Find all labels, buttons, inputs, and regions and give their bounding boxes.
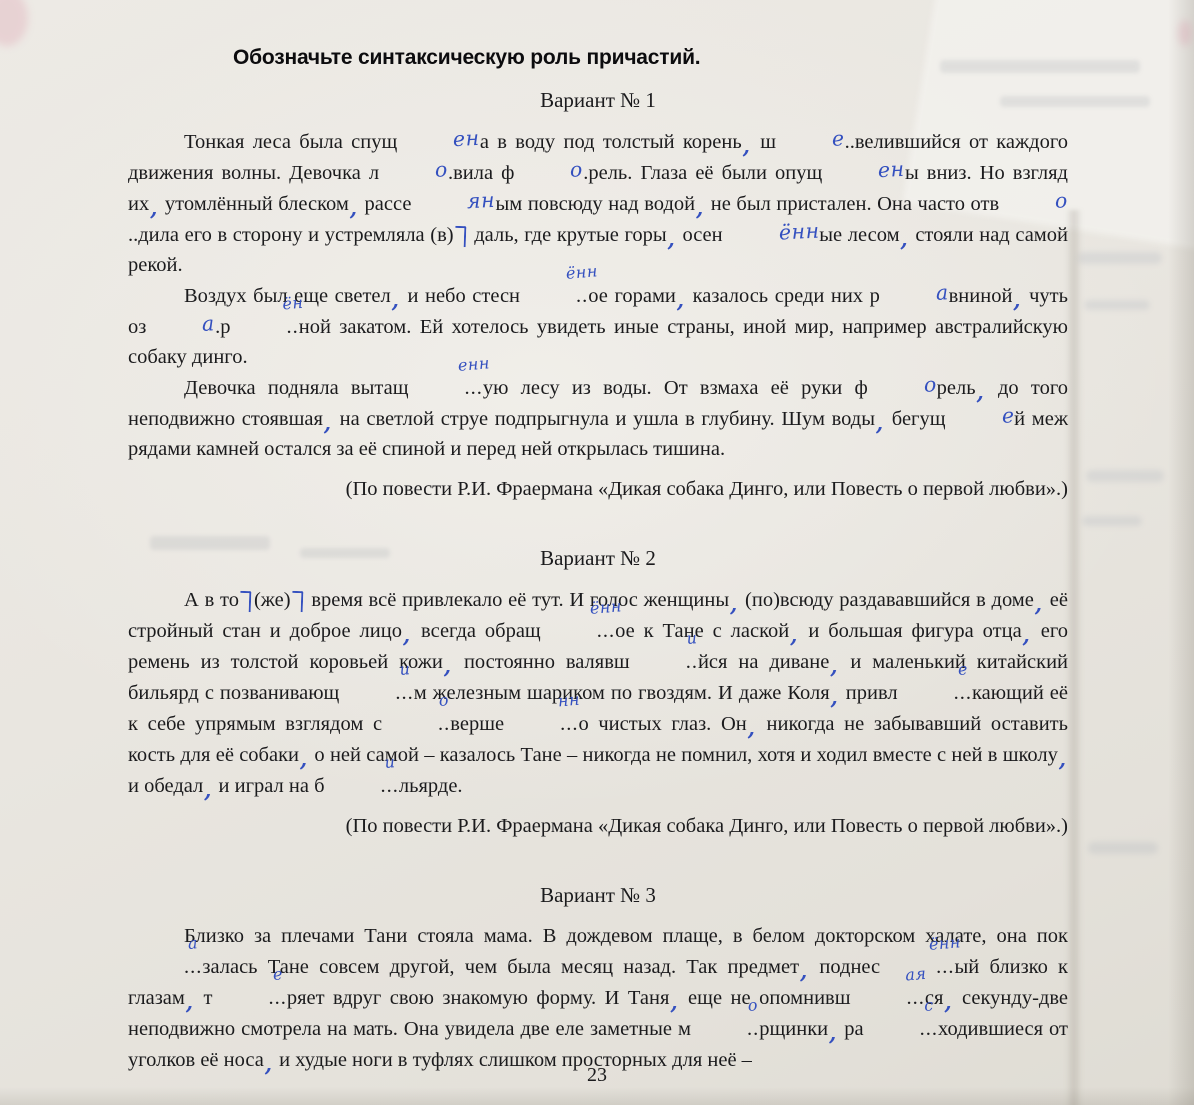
printed-text: даль, где крутые горы — [469, 224, 667, 246]
fill-in-gap: ...нн — [504, 709, 578, 739]
printed-gap-dots: .. — [576, 285, 588, 307]
printed-text: рщинки — [759, 1018, 828, 1040]
handwritten-insertion: а — [879, 277, 949, 311]
printed-gap-dots: ... — [920, 1018, 938, 1040]
fill-in-gap: ...а — [128, 952, 202, 982]
printed-gap-dots: .. — [686, 651, 698, 673]
printed-text: время всё привлекало её тут. И голос жен… — [306, 589, 730, 611]
exercise-paragraph: А в то(же) время всё привлекало её тут. … — [128, 584, 1068, 801]
variant-title: Вариант № 3 — [128, 883, 1068, 908]
printed-text: а в воду под толстый корень — [480, 131, 742, 153]
printed-text: бегущ — [885, 408, 945, 430]
handwritten-comma: , — [901, 227, 908, 251]
handwritten-comma: , — [350, 196, 357, 220]
handwritten-comma: , — [876, 411, 883, 435]
printed-text: рель — [937, 377, 976, 399]
printed-gap-dots: ... — [268, 987, 286, 1009]
handwritten-join-mark — [240, 591, 252, 612]
printed-text: осен — [677, 224, 723, 246]
handwritten-comma: , — [670, 990, 677, 1014]
bleed-through-writing — [1088, 842, 1158, 854]
handwritten-comma: , — [324, 411, 331, 435]
handwritten-insertion: е — [775, 123, 845, 157]
handwritten-comma: , — [829, 1021, 836, 1045]
handwritten-comma: , — [300, 747, 307, 771]
printed-text: залась Тане совсем другой, чем была меся… — [202, 956, 799, 978]
printed-text: на светлой струе подпрыгнула и ушла в гл… — [333, 408, 875, 430]
printed-gap-dots: ... — [954, 682, 972, 704]
printed-text: казалось среди них р — [686, 285, 880, 307]
printed-gap-dots: .. — [747, 1018, 759, 1040]
handwritten-join-mark — [454, 226, 466, 247]
variant-section-3: Вариант № 3Близко за плечами Тани стояла… — [128, 883, 1068, 1075]
task-instruction: Обозначьте синтаксическую роль причастий… — [233, 46, 700, 70]
fill-in-gap: ...с — [864, 1014, 938, 1044]
printed-gap-dots: .. — [286, 316, 298, 338]
page-number: 23 — [0, 1064, 1194, 1087]
source-attribution: (По повести Р.И. Фраермана «Дикая собака… — [128, 474, 1068, 504]
fill-in-gap: ..о — [382, 709, 450, 739]
printed-text: т — [195, 987, 212, 1009]
bleed-through-writing — [1082, 516, 1142, 526]
printed-text: ряет вдруг свою знакомую форму. И Таня — [287, 987, 670, 1009]
printed-text: Тонкая леса была спущ — [184, 131, 397, 153]
printed-text: .р — [215, 316, 230, 338]
variant-title: Вариант № 1 — [128, 88, 1068, 113]
handwritten-comma: , — [977, 380, 984, 404]
handwritten-comma: , — [150, 196, 157, 220]
printed-text: ое горами — [588, 285, 676, 307]
handwritten-comma: , — [1035, 592, 1042, 616]
printed-gap-dots: ... — [464, 377, 482, 399]
printed-text: льярде. — [399, 775, 463, 797]
printed-text: о чистых глаз. Он — [578, 713, 746, 735]
variant-title: Вариант № 2 — [128, 546, 1068, 571]
handwritten-comma: , — [444, 654, 451, 678]
handwritten-comma: , — [1059, 747, 1066, 771]
fill-in-gap: ...е — [898, 678, 972, 708]
bleed-through-writing — [1086, 470, 1164, 482]
handwritten-insertion: ен — [822, 154, 906, 188]
fill-in-gap: ...ённ — [541, 616, 615, 646]
printed-text: всегда обращ — [412, 620, 541, 642]
printed-text: рассе — [359, 193, 411, 215]
exercise-paragraph: Воздух был еще светел, и небо стесн..ённ… — [128, 280, 1068, 372]
exercise-paragraph: Близко за плечами Тани стояла мама. В до… — [128, 921, 1068, 1075]
bleed-through-writing — [1084, 300, 1150, 310]
scanned-worksheet-page: Обозначьте синтаксическую роль причастий… — [0, 0, 1194, 1105]
printed-gap-dots: ... — [381, 775, 399, 797]
handwritten-comma: , — [800, 959, 807, 983]
printed-text: (же) — [254, 589, 291, 611]
printed-text: и большая фигура отца — [799, 620, 1021, 642]
handwritten-comma: , — [944, 990, 951, 1014]
handwritten-insertion: ян — [411, 185, 497, 219]
handwritten-comma: , — [668, 227, 675, 251]
handwritten-comma: , — [831, 685, 838, 709]
fill-in-gap: ...и — [325, 771, 399, 801]
variant-section-1: Вариант № 1Тонкая леса была спущена в во… — [128, 88, 1068, 504]
printed-gap-dots: ... — [560, 713, 578, 735]
handwritten-comma: , — [696, 196, 703, 220]
printed-text: А в то — [184, 589, 239, 611]
printed-text: ую лесу из воды. От взмаха её руки ф — [483, 377, 868, 399]
fill-in-gap: ..о — [691, 1014, 759, 1044]
printed-text: (по)всюду раздававшийся в доме — [739, 589, 1034, 611]
printed-text: м железным шариком по гвоздям. И даже Ко… — [414, 682, 830, 704]
handwritten-comma: , — [790, 623, 797, 647]
handwritten-insertion: о — [514, 154, 584, 188]
page-edge-shadow — [1168, 0, 1194, 1105]
printed-text: привл — [840, 682, 898, 704]
printed-text: йся на диване — [698, 651, 829, 673]
handwritten-comma: , — [730, 592, 737, 616]
bleed-through-writing — [1078, 252, 1162, 264]
handwritten-join-mark — [291, 591, 303, 612]
printed-gap-dots: ... — [184, 956, 202, 978]
handwritten-comma: , — [830, 654, 837, 678]
exercise-paragraph: Девочка подняла вытащ...енную лесу из во… — [128, 372, 1068, 464]
printed-text: не был пристален. Она часто отв — [705, 193, 999, 215]
handwritten-comma: , — [392, 288, 399, 312]
printed-text: и обедал — [128, 775, 203, 797]
printed-text: о ней самой – казалось Тане – никогда не… — [309, 744, 1058, 766]
variant-section-2: Вариант № 2А в то(же) время всё привлека… — [128, 546, 1068, 841]
paper-crease — [1066, 210, 1082, 1105]
handwritten-insertion-above: а — [132, 935, 199, 957]
printed-gap-dots: .. — [438, 713, 450, 735]
printed-text: постоянно валявш — [453, 651, 630, 673]
handwritten-comma: , — [186, 990, 193, 1014]
fill-in-gap: ..и — [630, 647, 698, 677]
printed-text: и играл на б — [213, 775, 324, 797]
handwritten-insertion: ен — [396, 123, 480, 157]
printed-text: ш — [752, 131, 776, 153]
handwritten-comma: , — [403, 623, 410, 647]
bleed-through-writing — [940, 60, 1140, 73]
printed-text: и небо стесн — [401, 285, 520, 307]
fill-in-gap: ...е — [212, 983, 286, 1013]
printed-text: Девочка подняла вытащ — [184, 377, 408, 399]
page-edge-shadow — [0, 1087, 1194, 1105]
source-attribution: (По повести Р.И. Фраермана «Дикая собака… — [128, 811, 1068, 841]
pink-smudge — [1178, 20, 1192, 46]
handwritten-comma: , — [1023, 623, 1030, 647]
printed-text: .рель. Глаза её были опущ — [583, 162, 822, 184]
handwritten-insertion: ённ — [722, 215, 820, 250]
handwritten-insertion: а — [146, 308, 216, 342]
pink-smudge — [0, 0, 28, 46]
fill-in-gap: ..ённ — [520, 281, 588, 311]
handwritten-comma: , — [1013, 288, 1020, 312]
printed-gap-dots: ... — [936, 956, 954, 978]
handwritten-comma: , — [677, 288, 684, 312]
handwritten-comma: , — [748, 716, 755, 740]
printed-text: ым повсюду над водой — [496, 193, 696, 215]
printed-text: ра — [838, 1018, 863, 1040]
handwritten-comma: , — [743, 134, 750, 158]
printed-text: утомлённый блеском — [159, 193, 348, 215]
handwritten-insertion: е — [945, 400, 1015, 434]
exercise-content: Вариант № 1Тонкая леса была спущена в во… — [128, 88, 1068, 1075]
handwritten-comma: , — [204, 778, 211, 802]
handwritten-insertion: о — [378, 154, 448, 188]
printed-text: верше — [450, 713, 504, 735]
exercise-paragraph: Тонкая леса была спущена в воду под толс… — [128, 126, 1068, 280]
handwritten-insertion: о — [998, 185, 1068, 219]
printed-text: .вила ф — [448, 162, 514, 184]
printed-text: вниной — [949, 285, 1013, 307]
printed-text: ..дила его в сторону и устремляла (в) — [128, 224, 454, 246]
printed-gap-dots: ... — [597, 620, 615, 642]
handwritten-insertion: о — [867, 369, 937, 403]
printed-text: ые лесом — [819, 224, 899, 246]
fill-in-gap: ...енн — [408, 373, 482, 403]
fill-in-gap: ..ён — [230, 312, 298, 342]
